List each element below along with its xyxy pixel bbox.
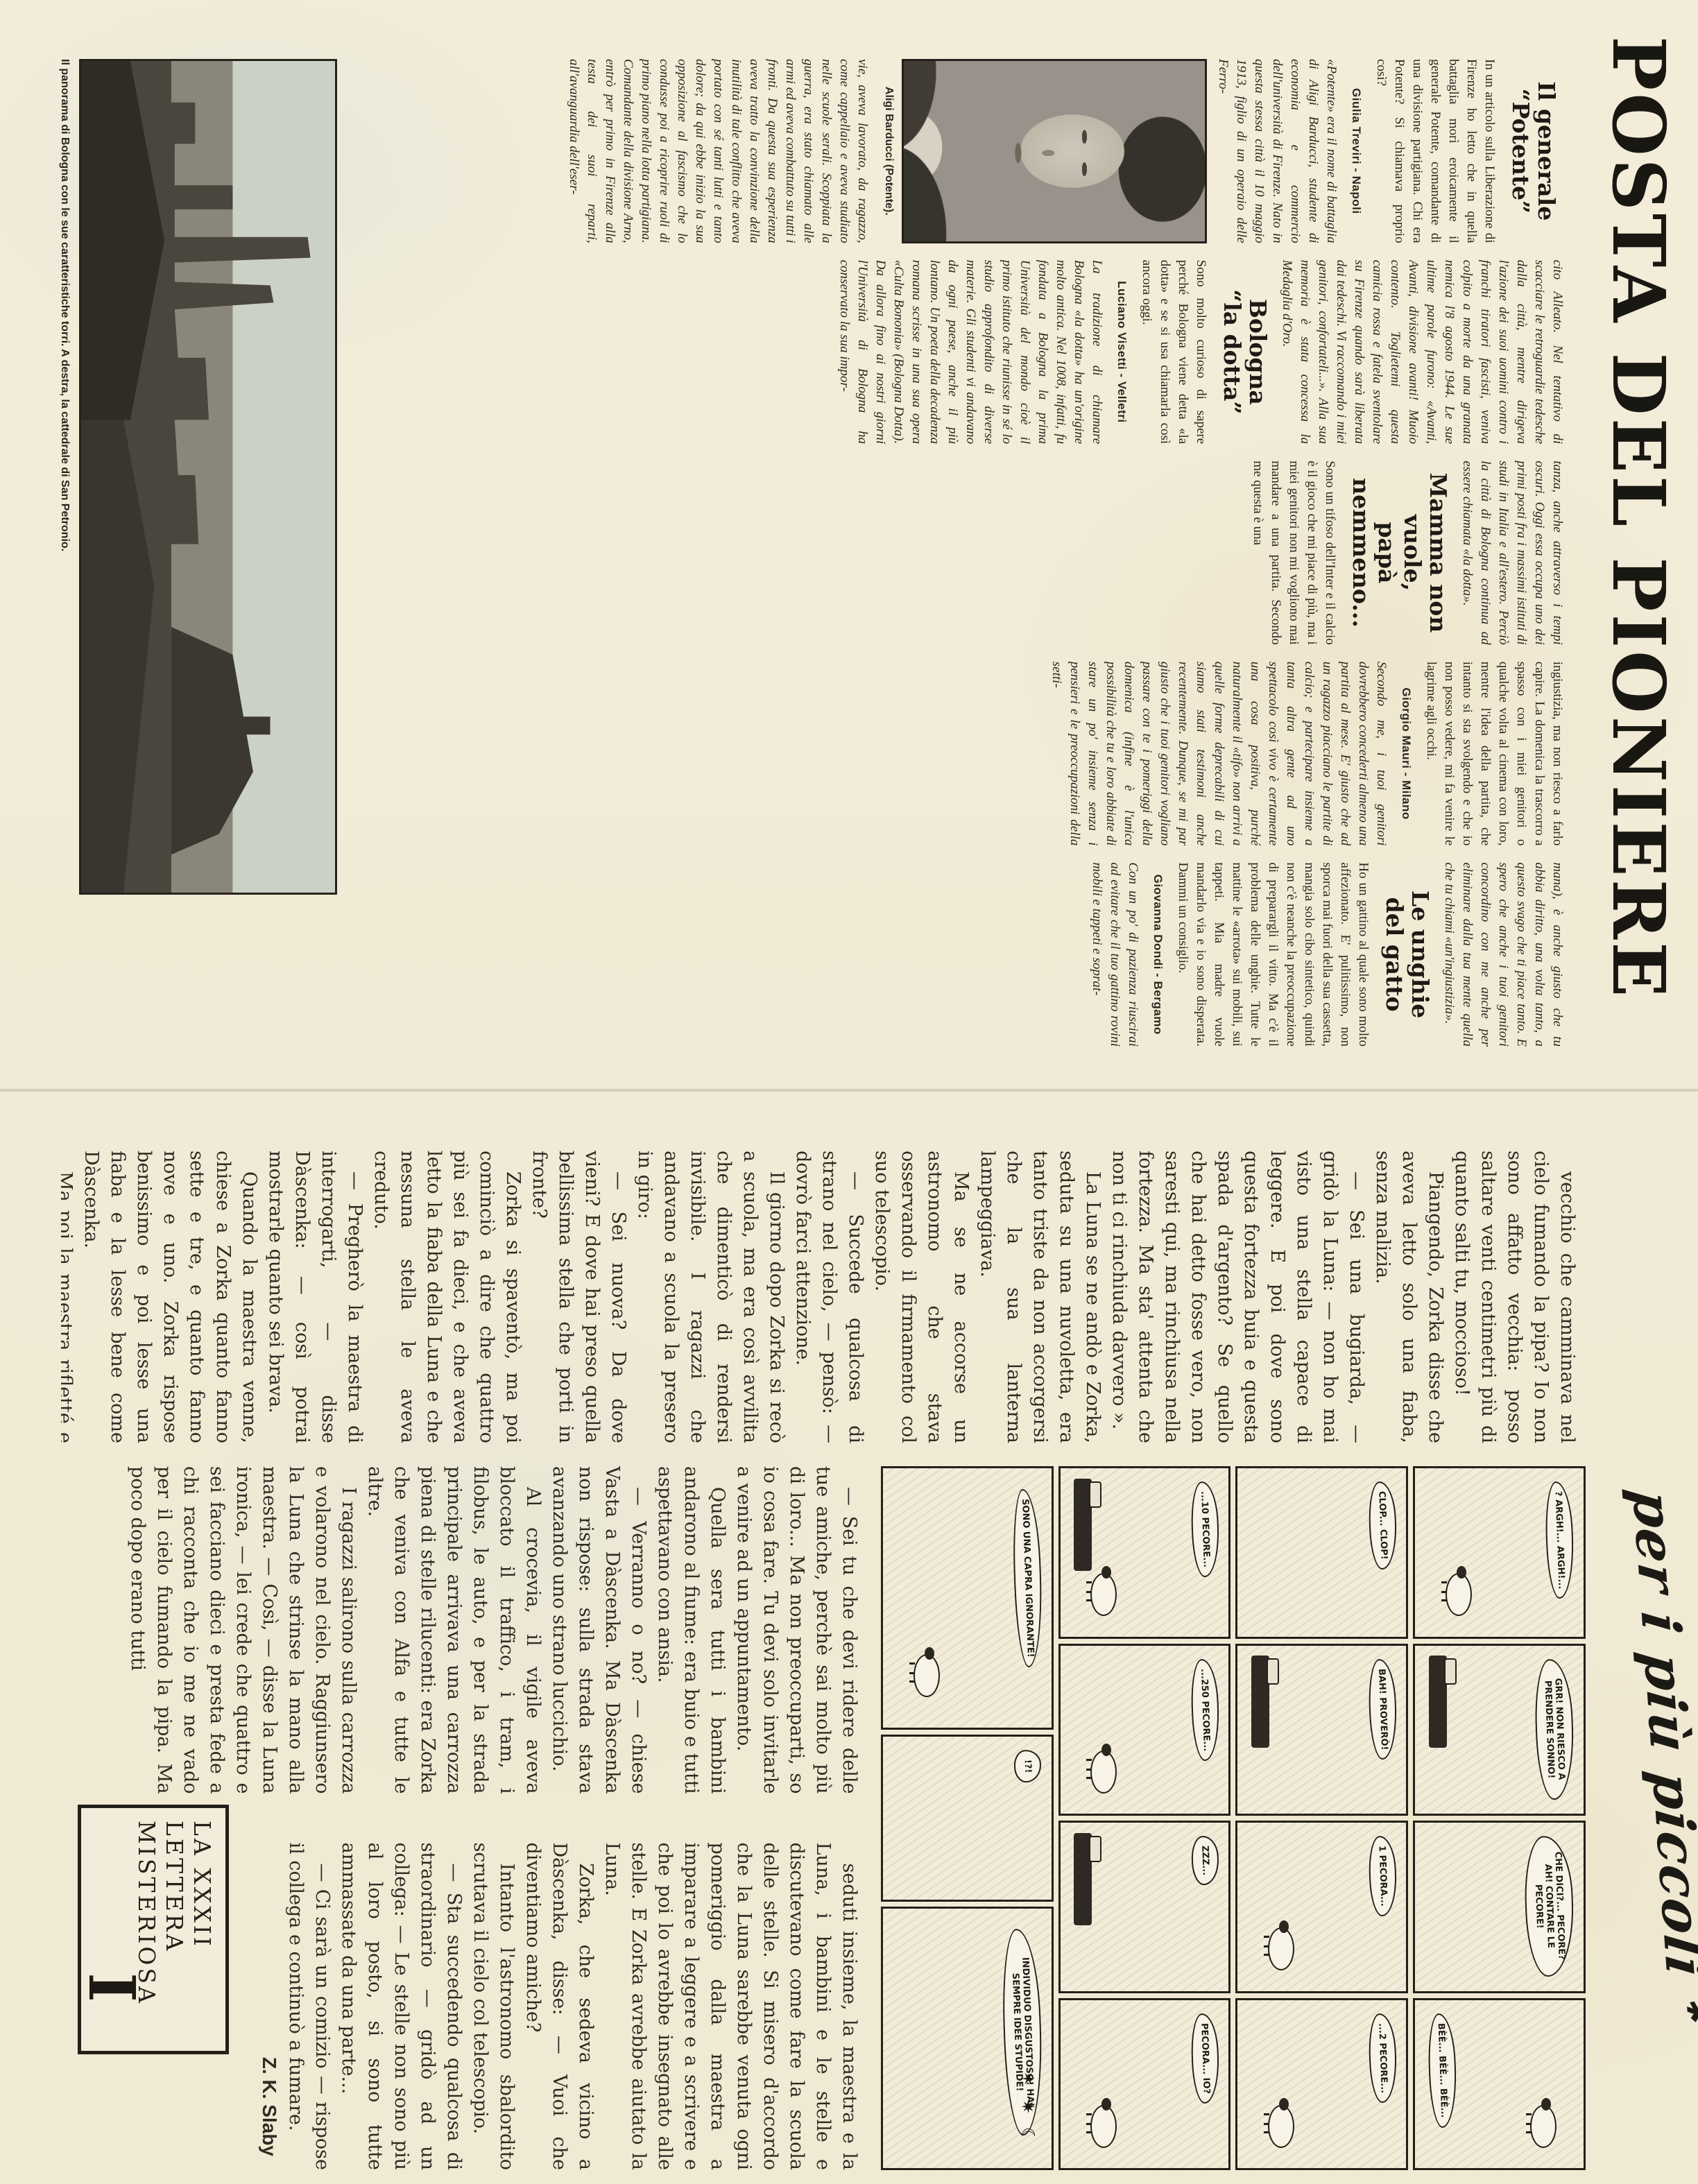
headline-line: Il generale (1533, 81, 1560, 221)
story-paragraph: — Sei una bugiarda, — gridò la Luna: — n… (1106, 1151, 1369, 1443)
comic-panel: CHE DICI?... PECORE? AH! CONTARE LE PECO… (1413, 1821, 1586, 1993)
fx-balloon: ZZZ... (1191, 1836, 1219, 1886)
letters-columns: Il generale “Potente” In un articolo sul… (345, 59, 1566, 1047)
headline-line: “la dotta” (1219, 289, 1246, 414)
photo-caption: Aligi Barducci (Potente). (880, 59, 898, 243)
comic-panel: 1 PECORA... (1236, 1821, 1409, 1993)
column-1: Il generale “Potente” In un articolo sul… (345, 59, 1566, 243)
puzzle-box-title-line: LETTERA (160, 1821, 188, 2038)
comic-row: ...10 PECORE... ...250 PECORE... ZZZ... … (1058, 1466, 1231, 2170)
story-column-2: — Sei tu che devi ridere delle tue amich… (58, 1466, 862, 1794)
headline-line: Le unghie (1407, 891, 1434, 1018)
stars-doodle: ✶ ✷ ☾ (1017, 2071, 1038, 2147)
article-potente-headline: Il generale “Potente” (1508, 59, 1559, 243)
column-3: tanza, anche attraverso i tempi oscuri. … (345, 461, 1566, 645)
headline-line: papà nemmeno... (1348, 478, 1400, 628)
speech-balloon: CHE DICI?... PECORE? AH! CONTARE LE PECO… (1523, 1835, 1576, 1977)
thought-balloon: 1 PECORA... (1368, 1836, 1398, 1917)
reply-text: mana), è anche giusto che tu abbia dirit… (1440, 862, 1566, 1047)
speech-balloon: GRR! NON RIESCO A PRENDERE SONNO! (1534, 1658, 1576, 1800)
comic-panel: !?! (881, 1735, 1054, 1901)
comic-panel: BAH! PROVERÒ! (1236, 1644, 1409, 1816)
sheep-doodle (1530, 2105, 1556, 2148)
headline-line: Mamma non vuole, (1399, 473, 1452, 633)
story-paragraph: — Sei tu che devi ridere delle tue amich… (730, 1466, 862, 1794)
bed-doodle (1251, 1656, 1269, 1748)
thought-balloon: SONO UNA CAPRA IGNORANTE! (1011, 1488, 1045, 1667)
reply-text: tanza, anche attraverso i tempi oscuri. … (1458, 461, 1566, 645)
comic-panel: ...10 PECORE... (1058, 1466, 1231, 1639)
section-title-text: per i più piccoli (1620, 1488, 1698, 1981)
letter-byline: Giulia Treviri - Napoli (1347, 59, 1365, 243)
story-paragraph: — Pregherò la maestra di interrogarti, —… (262, 1151, 368, 1443)
star-icon: ✱ (1680, 1997, 1698, 2024)
article-bologna-headline: Bologna “la dotta” (1219, 260, 1271, 445)
sheep-doodle (914, 1654, 940, 1697)
section-title: per i più piccoli ✱ (1620, 1488, 1698, 1882)
thought-balloon: ...2 PECORE... (1367, 2013, 1397, 2103)
story-paragraph: Quando la maestra venne, chiese a Zorka … (78, 1151, 262, 1443)
puzzle-big-letter: I (83, 1972, 140, 2002)
sheep-doodle (1446, 1573, 1472, 1616)
story-paragraph: Il giorno dopo Zorka si recò a scuola, m… (631, 1151, 789, 1443)
panorama-art (81, 61, 335, 893)
newspaper-scan: POSTA DEL PIONIERE Il generale “Potente”… (0, 0, 1698, 2184)
story-paragraph: Zorka si spaventò, ma poi cominciò a dir… (368, 1151, 526, 1443)
story-paragraph: vecchio che camminava nel cielo fumando … (1448, 1151, 1580, 1443)
barducci-photo (902, 59, 1207, 243)
headline-line: “Potente” (1507, 89, 1534, 214)
story-paragraph: Piangendo, Zorka disse che aveva letto s… (1369, 1151, 1448, 1443)
comic-panel: INDIVIDUO DISGUSTOSO! HAI SEMPRE IDEE ST… (881, 1907, 1054, 2170)
reply-text: Secondo me, i tuoi genitori dovrebbero c… (1047, 662, 1390, 846)
story-paragraph: — Sei nuova? Da dove vieni? E dove hai p… (526, 1151, 631, 1443)
letter-byline: Giorgio Mauri - Milano (1397, 662, 1415, 846)
story-paragraph: Quella sera tutti i bambini andarono al … (651, 1466, 730, 1794)
article-unghie-headline: Le unghie del gatto (1382, 862, 1433, 1047)
column-5: mana), è anche giusto che tu abbia dirit… (345, 862, 1566, 1047)
story-paragraph: Zorka, che sedeva vicino a Dàscenka, dis… (520, 1843, 599, 2171)
story-paragraph: seduti insieme, la maestra e la Luna, i … (599, 1843, 862, 2171)
story-paragraph: Intanto l'astronomo sbalordito scrutava … (467, 1843, 520, 2171)
story-paragraph: Ma se ne accorse un astronomo che stava … (868, 1151, 974, 1443)
comic-row: SONO UNA CAPRA IGNORANTE! !?! INDIVIDUO … (881, 1466, 1054, 2170)
comic-panel: BÈÈ... BÈÈ... BÈÈ... (1413, 1998, 1586, 2171)
bologna-panorama-photo (79, 59, 337, 895)
per-i-piu-piccoli-page: per i più piccoli ✱ ? ARGH!... ARGH!... … (0, 1092, 1698, 2184)
comic-panel: GRR! NON RIESCO A PRENDERE SONNO! (1413, 1644, 1586, 1816)
story-paragraph: — Sta succedendo qualcosa di straordinar… (335, 1843, 467, 2171)
reply-text: Con un po' di pazienza riuscirai ad evit… (1088, 862, 1142, 1047)
fx-balloon: !?! (1013, 1750, 1042, 1784)
sheep-doodle (1090, 1573, 1117, 1616)
story-paragraph: I ragazzi salirono sulla carrozza e vola… (124, 1466, 361, 1794)
page-fold-divider (0, 1088, 1698, 1092)
bed-doodle (1074, 1833, 1092, 1925)
story-paragraph: — Verranno o no? — chiese Vasta a Dàscen… (546, 1466, 651, 1794)
story-paragraph: — Ci sarà un comizio — rispose il colleg… (282, 1843, 335, 2171)
thought-balloon: BAH! PROVERÒ! (1367, 1658, 1398, 1760)
letter-text: Sono un tifoso dell'Inter e il calcio è … (1249, 461, 1339, 645)
reply-text: «Potente» era il nome di battaglia di Al… (1214, 59, 1340, 243)
letter-text: ingiustizia, ma non riesco a farlo capir… (1422, 662, 1566, 846)
letter-text: Sono molto curioso di sapere perché Bolo… (1138, 260, 1210, 445)
comic-panel: PECORA... IO? (1058, 1998, 1231, 2171)
thought-balloon: PECORA... IO? (1190, 2013, 1221, 2104)
puzzle-box: LA XXXII LETTERA MISTERIOSA I (78, 1805, 229, 2054)
masthead: POSTA DEL PIONIERE (1602, 36, 1674, 1063)
article-mamma-headline: Mamma non vuole, papà nemmeno... (1348, 461, 1451, 645)
story-paragraph: La Luna se ne andò e Zorka, seduta su un… (974, 1151, 1106, 1443)
speech-balloon: ? ARGH!... ARGH!... (1544, 1481, 1575, 1600)
speech-balloon: CLOP... CLOP! (1367, 1481, 1397, 1570)
reply-text: vie, aveva lavorato, da ragazzo, come ca… (565, 59, 871, 243)
sheep-doodle (1268, 1927, 1294, 1970)
speech-balloon: BÈÈ... BÈÈ... BÈÈ... (1427, 2013, 1458, 2128)
letter-byline: Giovanna Dondi - Bergamo (1149, 862, 1167, 1047)
story-column-1: vecchio che camminava nel cielo fumando … (61, 1151, 1580, 1443)
comic-panel: ? ARGH!... ARGH!... (1413, 1466, 1586, 1639)
column-2: cito Alleato. Nel tentativo di scacciare… (345, 260, 1566, 445)
comic-strip: ? ARGH!... ARGH!... GRR! NON RIESCO A PR… (881, 1466, 1586, 2170)
posta-del-pioniere-page: POSTA DEL PIONIERE Il generale “Potente”… (0, 0, 1698, 1092)
story-paragraph: Al crocevia, il vigile aveva bloccato il… (361, 1466, 546, 1794)
comic-panel: ...250 PECORE... (1058, 1644, 1231, 1816)
comic-panel: ...2 PECORE... (1236, 1998, 1409, 2171)
letter-text: Ho un gattino al quale sono molto affezi… (1174, 862, 1372, 1047)
headline-line: Bologna (1244, 299, 1271, 405)
letter-text: In un articolo sulla Liberazione di Fire… (1372, 59, 1498, 243)
comic-panel: CLOP... CLOP! (1236, 1466, 1409, 1639)
story-paragraph: — Succede qualcosa di strano nel cielo, … (789, 1151, 868, 1443)
panorama-caption: Il panorama di Bologna con le sue caratt… (58, 59, 71, 895)
reply-text: cito Alleato. Nel tentativo di scacciare… (1278, 260, 1566, 445)
comic-panel: SONO UNA CAPRA IGNORANTE! (881, 1466, 1054, 1730)
headline-line: del gatto (1381, 897, 1408, 1012)
comic-row: CLOP... CLOP! BAH! PROVERÒ! 1 PECORA... … (1236, 1466, 1409, 2170)
sheep-doodle (1268, 2105, 1294, 2148)
story-paragraph: Ma poi la maestra rifletté e disse: — Ca… (61, 1151, 78, 1443)
comic-row: ? ARGH!... ARGH!... GRR! NON RIESCO A PR… (1413, 1466, 1586, 2170)
puzzle-box-title-line: LA XXXII (188, 1821, 216, 2038)
reply-text: La tradizione di chiamare Bologna «la do… (835, 260, 1106, 445)
column-4: ingiustizia, ma non riesco a farlo capir… (345, 662, 1566, 846)
thought-balloon: ...10 PECORE... (1190, 1481, 1221, 1578)
thought-balloon: ...250 PECORE... (1190, 1658, 1220, 1761)
sheep-doodle (1090, 1751, 1117, 1794)
puzzle-box-title-line: MISTERIOSA (132, 1821, 160, 2038)
comic-panel: ZZZ... (1058, 1821, 1231, 1993)
bed-doodle (1429, 1656, 1447, 1748)
bed-doodle (1074, 1479, 1092, 1571)
sheep-doodle (1090, 2105, 1117, 2148)
letter-byline: Luciano Visetti - Velletri (1113, 260, 1131, 445)
story-author: Z. K. Slaby (256, 1843, 282, 2171)
